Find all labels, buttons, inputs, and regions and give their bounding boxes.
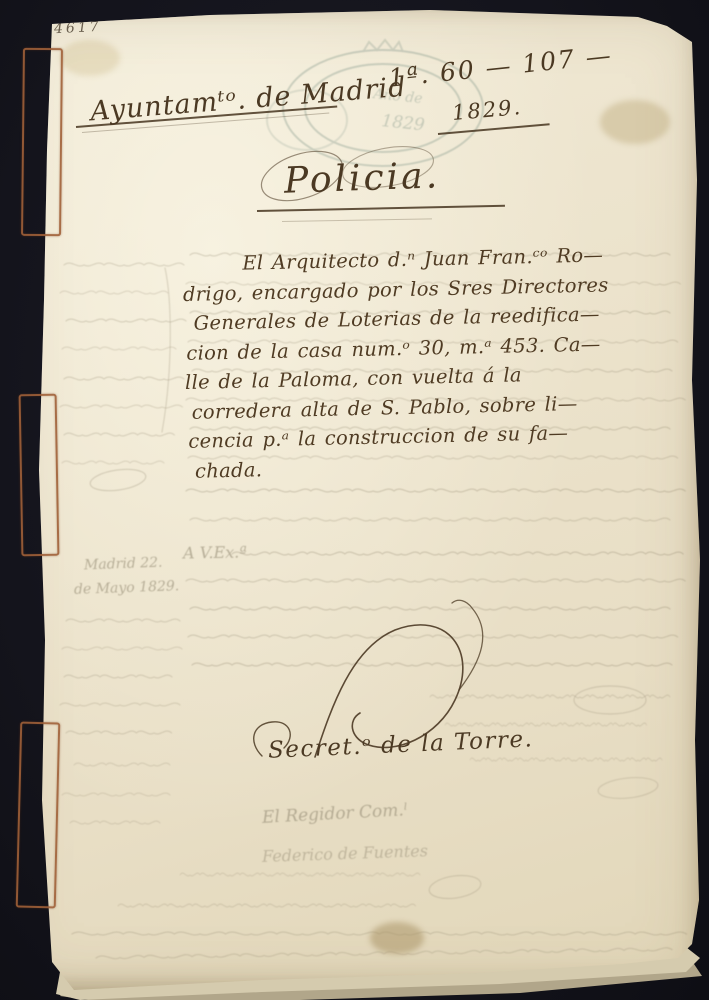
stamp-text-line2: 1829	[380, 111, 425, 135]
binding-tie-bottom	[16, 722, 61, 909]
ghost-margin-notes-lower	[60, 619, 182, 824]
ghost-margin-notes-upper	[60, 263, 186, 494]
scanned-manuscript: A V.Ex.ª Madrid 22. de Mayo 1829. El Reg…	[0, 0, 709, 1000]
binding-tie-top	[21, 48, 63, 236]
ghost-margin-date-line1: Madrid 22.	[84, 555, 163, 574]
petition-paragraph: El Arquitecto d.ⁿ Juan Fran.ᶜᵒ Ro— drigo…	[182, 239, 692, 486]
binding-tie-middle	[19, 394, 60, 557]
section-title-policia: Policia.	[283, 155, 440, 201]
archive-number: 4617	[54, 19, 102, 37]
ghost-bottom-block	[72, 686, 686, 959]
manuscript-page: A V.Ex.ª Madrid 22. de Mayo 1829. El Reg…	[0, 0, 709, 1000]
ghost-petition-opening: A V.Ex.ª	[183, 542, 247, 562]
